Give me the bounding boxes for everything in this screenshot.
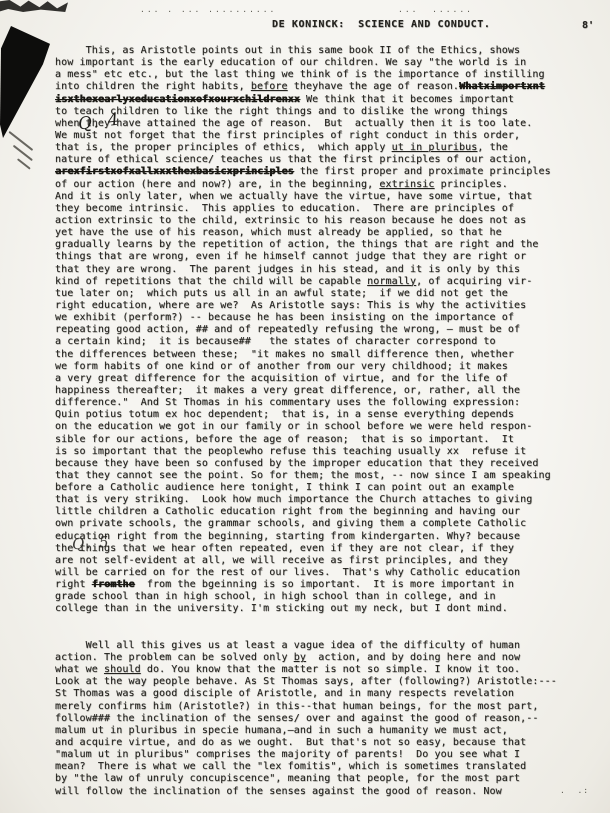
typed-text: a very great difference for the acquisit… — [55, 373, 508, 384]
typed-text: Quin potius totum ex hoc dependent; that… — [55, 409, 514, 420]
typed-text: the things that we hear often repeated, … — [55, 543, 514, 554]
text-line: to teach children to like the right thin… — [55, 106, 575, 118]
typed-text: theyhave the age of reason. — [288, 81, 459, 92]
corner-fold-artifact — [0, 26, 50, 138]
document-page: ... . ... .......... ... ...... . .: DE … — [0, 0, 610, 813]
text-line: college than in the university. I'm stic… — [55, 603, 575, 615]
underlined-text: ut in pluribus — [392, 142, 478, 153]
typed-text: "malum ut in pluribus" comprises the maj… — [55, 749, 520, 760]
typed-text: malum ut in pluribus in specie humana,—a… — [55, 725, 508, 736]
typed-text: Well all this gives us at least a vague … — [55, 640, 520, 651]
typed-text: little children a Catholic education rig… — [55, 506, 520, 517]
text-line: gradually learns by the repetition of ac… — [55, 239, 575, 251]
page-header-title: DE KONINCK: SCIENCE AND CONDUCT. — [272, 19, 490, 30]
text-line: grade school than in high school, in hig… — [55, 591, 575, 603]
text-line: because they have been so confused by th… — [55, 458, 575, 470]
typed-text: grade school than in high school, in hig… — [55, 591, 496, 602]
underlined-text: should — [104, 664, 141, 675]
text-line: tue later on; which puts us all in an aw… — [55, 288, 575, 300]
typed-text: things that are wrong, even if he himsel… — [55, 251, 526, 262]
struck-text: arexfirstxofxallxxxthexbasicxprinciples — [55, 166, 294, 177]
text-line: Well all this gives us at least a vague … — [55, 640, 575, 652]
page-number: 8' — [582, 20, 594, 31]
scan-noise-dots: ... ...... — [398, 5, 473, 14]
text-line: that they cannot see the point. So for t… — [55, 470, 575, 482]
typed-text: that they are wrong. The parent judges i… — [55, 264, 520, 275]
typed-text: yet have the use of his reason, which mu… — [55, 227, 502, 238]
text-line — [55, 628, 575, 640]
typed-text-block: This, as Aristotle points out in this sa… — [55, 45, 575, 798]
typed-text: by "the law of unruly concupiscence", me… — [55, 773, 520, 784]
text-line: action extrinsic to the child, extrinsic… — [55, 215, 575, 227]
pen-hatch-mark — [9, 131, 34, 151]
typed-text: This, as Aristotle points out in this sa… — [55, 45, 520, 56]
text-line: we exhibit (perform?) -- because he has … — [55, 312, 575, 324]
text-line: This, as Aristotle points out in this sa… — [55, 45, 575, 57]
struck-text: fromthe — [92, 579, 135, 590]
text-line: arexfirstxofxallxxxthexbasicxprinciples … — [55, 166, 575, 178]
typed-text: happiness thereafter; it makes a very gr… — [55, 385, 520, 396]
typed-text: of our action (here and now?) are, in th… — [55, 179, 379, 190]
text-line: education right from the beginning, star… — [55, 531, 575, 543]
text-line: mean? There is what we call the "lex fom… — [55, 761, 575, 773]
text-line: we form habits of one kind or of another… — [55, 361, 575, 373]
typed-text: And it is only later, when we actually h… — [55, 191, 532, 202]
typed-text: on the education we got in our family or… — [55, 421, 532, 432]
text-line: things that are wrong, even if he himsel… — [55, 251, 575, 263]
struck-text: Whatximportxnt — [459, 81, 545, 92]
typed-text: we form habits of one kind or of another… — [55, 361, 508, 372]
typed-text: and acquire virtue, and do as we ought. … — [55, 737, 526, 748]
typed-text: right education, where are we? As Aristo… — [55, 300, 526, 311]
typed-text: will be carried on for the rest of our l… — [55, 567, 520, 578]
text-line: merely confirms him (Aristotle?) in this… — [55, 701, 575, 713]
typed-text: that they cannot see the point. So for t… — [55, 470, 551, 481]
typed-text: St Thomas was a good disciple of Aristot… — [55, 688, 514, 699]
text-line: the differences between these; "it makes… — [55, 349, 575, 361]
text-line — [55, 616, 575, 628]
typed-text: tue later on; which puts us all in an aw… — [55, 288, 508, 299]
typed-text: a mess" etc etc., but the last thing we … — [55, 69, 545, 80]
text-line: happiness thereafter; it makes a very gr… — [55, 385, 575, 397]
typed-text: that is, the proper principles of ethics… — [55, 142, 392, 153]
text-line: Quin potius totum ex hoc dependent; that… — [55, 409, 575, 421]
text-line: isxthexearlyxeducationxofxourxchildrenxx… — [55, 94, 575, 106]
text-line: into children the right habits, before t… — [55, 81, 575, 93]
typed-text: from the bgeinning is so important. It i… — [135, 579, 514, 590]
typed-text: We must not forget that the first princi… — [55, 130, 520, 141]
typed-text: to teach children to like the right thin… — [55, 106, 508, 117]
text-line: a mess" etc etc., but the last thing we … — [55, 69, 575, 81]
text-line: that is, the proper principles of ethics… — [55, 142, 575, 154]
typed-text: into children the right habits, — [55, 81, 251, 92]
typed-text: , of acquiring vir- — [416, 276, 532, 287]
text-line: St Thomas was a good disciple of Aristot… — [55, 688, 575, 700]
text-line: little children a Catholic education rig… — [55, 506, 575, 518]
typed-text: do. You know that the matter is not so s… — [141, 664, 520, 675]
text-line: right fromthe from the bgeinning is so i… — [55, 579, 575, 591]
typed-text: difference." And St Thomas in his commen… — [55, 397, 520, 408]
typed-text: college than in the university. I'm stic… — [55, 603, 508, 614]
typed-text: gradually learns by the repetition of ac… — [55, 239, 539, 250]
typed-text: what we — [55, 664, 104, 675]
text-line: sible for our actions, before the age of… — [55, 434, 575, 446]
text-line: We must not forget that the first princi… — [55, 130, 575, 142]
text-line: on the education we got in our family or… — [55, 421, 575, 433]
scan-smudge-artifact — [0, 0, 68, 12]
text-line: right education, where are we? As Aristo… — [55, 300, 575, 312]
text-line: is so important that the peoplewho refus… — [55, 446, 575, 458]
underlined-text: normally — [367, 276, 416, 287]
typed-text: action, and by doing here and now — [306, 652, 520, 663]
typed-text: , the — [477, 142, 508, 153]
text-line: that they are wrong. The parent judges i… — [55, 264, 575, 276]
typed-text: kind of repetitions that the child will … — [55, 276, 367, 287]
typed-text: will follow the inclination of the sense… — [55, 786, 502, 797]
underlined-text: by — [294, 652, 306, 663]
text-line: "malum ut in pluribus" comprises the maj… — [55, 749, 575, 761]
text-line: a very great difference for the acquisit… — [55, 373, 575, 385]
typed-text: own private schools, the grammar schools… — [55, 518, 526, 529]
typed-text: repeating good action, ## and of repeate… — [55, 324, 520, 335]
text-line: follow### the inclination of the senses/… — [55, 713, 575, 725]
text-line: are not self-evident at all, we will rec… — [55, 555, 575, 567]
typed-text: follow### the inclination of the senses/… — [55, 713, 539, 724]
struck-text: isxthexearlyxeducationxofxourxchildrenxx — [55, 94, 300, 105]
text-line: that is very striking. Look how much imp… — [55, 494, 575, 506]
text-line: malum ut in pluribus in specie humana,—a… — [55, 725, 575, 737]
typed-text: we exhibit (perform?) -- because he has … — [55, 312, 514, 323]
typed-text: that is very striking. Look how much imp… — [55, 494, 532, 505]
typed-text: when they have attained the age of reaso… — [55, 118, 532, 129]
underlined-text: extrinsic — [379, 179, 434, 190]
typed-text: because they have been so confused by th… — [55, 458, 539, 469]
text-line: what we should do. You know that the mat… — [55, 664, 575, 676]
text-line: of our action (here and now?) are, in th… — [55, 179, 575, 191]
text-line: action. The problem can be solved only b… — [55, 652, 575, 664]
text-line: repeating good action, ## and of repeate… — [55, 324, 575, 336]
text-line: yet have the use of his reason, which mu… — [55, 227, 575, 239]
text-line: and acquire virtue, and do as we ought. … — [55, 737, 575, 749]
typed-text: action. The problem can be solved only — [55, 652, 294, 663]
pen-hatch-mark — [17, 158, 31, 169]
underlined-text: before — [251, 81, 288, 92]
text-line: the things that we hear often repeated, … — [55, 543, 575, 555]
typed-text: nature of ethical science/ teaches us th… — [55, 154, 532, 165]
text-line: nature of ethical science/ teaches us th… — [55, 154, 575, 166]
typed-text: how important is the early education of … — [55, 57, 526, 68]
typed-text: action extrinsic to the child, extrinsic… — [55, 215, 526, 226]
text-line: Look at the way people behave. As St Tho… — [55, 676, 575, 688]
text-line: will follow the inclination of the sense… — [55, 786, 575, 798]
text-line: kind of repetitions that the child will … — [55, 276, 575, 288]
typed-text: Look at the way people behave. As St Tho… — [55, 676, 557, 687]
text-line: they become intrinsic. This applies to e… — [55, 203, 575, 215]
text-line: how important is the early education of … — [55, 57, 575, 69]
text-line: by "the law of unruly concupiscence", me… — [55, 773, 575, 785]
text-line: And it is only later, when we actually h… — [55, 191, 575, 203]
text-line: difference." And St Thomas in his commen… — [55, 397, 575, 409]
typed-text: right — [55, 579, 92, 590]
typed-text: a certain kind; it is because## the stat… — [55, 336, 496, 347]
text-line: before a Catholic audience here tonight,… — [55, 482, 575, 494]
typed-text: We think that it becomes important — [300, 94, 514, 105]
text-line: a certain kind; it is because## the stat… — [55, 336, 575, 348]
typed-text: principles. — [434, 179, 507, 190]
typed-text: merely confirms him (Aristotle?) in this… — [55, 701, 539, 712]
text-line: own private schools, the grammar schools… — [55, 518, 575, 530]
text-line: when they have attained the age of reaso… — [55, 118, 575, 130]
typed-text: the differences between these; "it makes… — [55, 349, 514, 360]
typed-text: before a Catholic audience here tonight,… — [55, 482, 514, 493]
typed-text: they become intrinsic. This applies to e… — [55, 203, 514, 214]
typed-text: sible for our actions, before the age of… — [55, 434, 514, 445]
typed-text: education right from the beginning, star… — [55, 531, 520, 542]
typed-text: is so important that the peoplewho refus… — [55, 446, 526, 457]
typed-text: mean? There is what we call the "lex fom… — [55, 761, 526, 772]
typed-text: are not self-evident at all, we will rec… — [55, 555, 508, 566]
scan-noise-dots: ... . ... .......... — [140, 5, 276, 14]
typed-text: the first proper and proximate principle… — [294, 166, 551, 177]
text-line: will be carried on for the rest of our l… — [55, 567, 575, 579]
